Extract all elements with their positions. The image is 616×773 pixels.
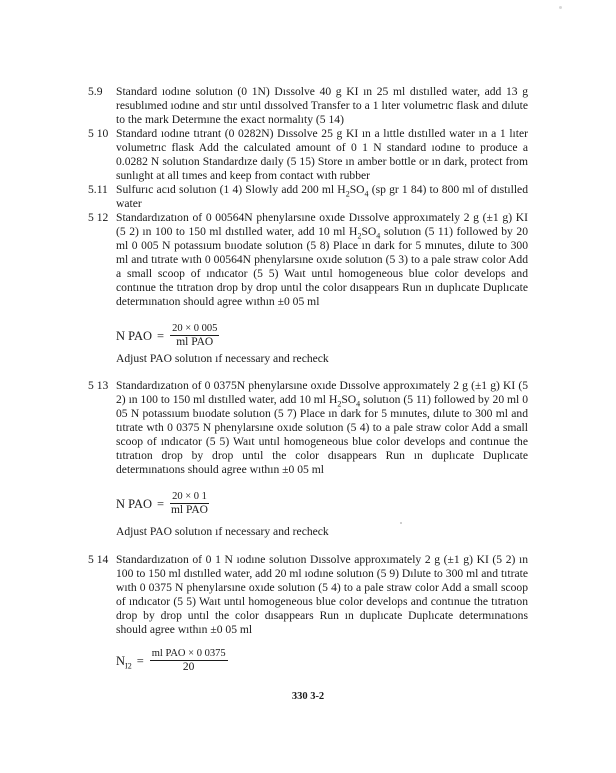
formula-equals: =: [157, 497, 164, 512]
formula-n-i2: NI2 = ml PAO × 0 0375 20: [116, 648, 228, 674]
denominator: ml PAO: [176, 336, 213, 349]
adjust-note: Adjust PAO solutıon ıf necessary and rec…: [116, 525, 329, 539]
formula-n-pao-1: N PAO = 20 × 0 005 ml PAO: [116, 323, 219, 349]
section-number: 5 14: [88, 553, 116, 567]
text-run: SO: [341, 393, 356, 406]
formula-lhs-subscript: I2: [125, 661, 132, 670]
section-5-14: 5 14 Standardızatıon of 0 1 N ıodıne sol…: [88, 553, 528, 637]
adjust-note: Adjust PAO solutıon ıf necessary and rec…: [116, 352, 329, 366]
page-number: 330 3-2: [0, 691, 616, 702]
section-5-10: 5 10 Standard ıodıne tıtrant (0 0282N) D…: [88, 127, 528, 183]
section-number: 5 10: [88, 127, 116, 141]
text-run: SO: [350, 183, 365, 196]
document-page: 5.9 Standard ıodıne solutıon (0 1N) Dıss…: [0, 0, 616, 773]
formula-lhs: N PAO: [116, 329, 152, 344]
formula-lhs-symbol: N: [116, 654, 125, 668]
section-text: Standardızatıon of 0 0375N phenylarsıne …: [116, 379, 528, 477]
formula-equals: =: [137, 654, 144, 669]
fraction: 20 × 0 005 ml PAO: [170, 323, 219, 349]
section-5-9: 5.9 Standard ıodıne solutıon (0 1N) Dıss…: [88, 85, 528, 127]
section-5-12: 5 12 Standardızatıon of 0 00564N phenyla…: [88, 211, 528, 309]
formula-lhs: NI2: [116, 654, 132, 669]
scan-artifact: [559, 6, 562, 9]
section-number: 5 13: [88, 379, 116, 393]
section-5-13: 5 13 Standardızatıon of 0 0375N phenylar…: [88, 379, 528, 477]
numerator: ml PAO × 0 0375: [150, 648, 228, 661]
section-number: 5.11: [88, 183, 116, 197]
fraction: 20 × 0 1 ml PAO: [170, 491, 209, 517]
denominator: ml PAO: [171, 504, 208, 517]
section-text: Standard ıodıne solutıon (0 1N) Dıssolve…: [116, 85, 528, 127]
scan-artifact: [400, 522, 402, 524]
section-number: 5.9: [88, 85, 116, 99]
section-number: 5 12: [88, 211, 116, 225]
text-run: Sulfurıc acıd solutıon (1 4) Slowly add …: [116, 183, 346, 196]
text-run: SO: [361, 225, 376, 238]
denominator: 20: [183, 661, 195, 674]
section-5-11: 5.11 Sulfurıc acıd solutıon (1 4) Slowly…: [88, 183, 528, 211]
fraction: ml PAO × 0 0375 20: [150, 648, 228, 674]
formula-equals: =: [157, 329, 164, 344]
section-text: Sulfurıc acıd solutıon (1 4) Slowly add …: [116, 183, 528, 211]
section-text: Standard ıodıne tıtrant (0 0282N) Dıssol…: [116, 127, 528, 183]
section-text: Standardızatıon of 0 1 N ıodıne solutıon…: [116, 553, 528, 637]
section-text: Standardızatıon of 0 00564N phenylarsıne…: [116, 211, 528, 309]
formula-n-pao-2: N PAO = 20 × 0 1 ml PAO: [116, 491, 209, 517]
numerator: 20 × 0 1: [170, 491, 209, 504]
formula-lhs: N PAO: [116, 497, 152, 512]
numerator: 20 × 0 005: [170, 323, 219, 336]
